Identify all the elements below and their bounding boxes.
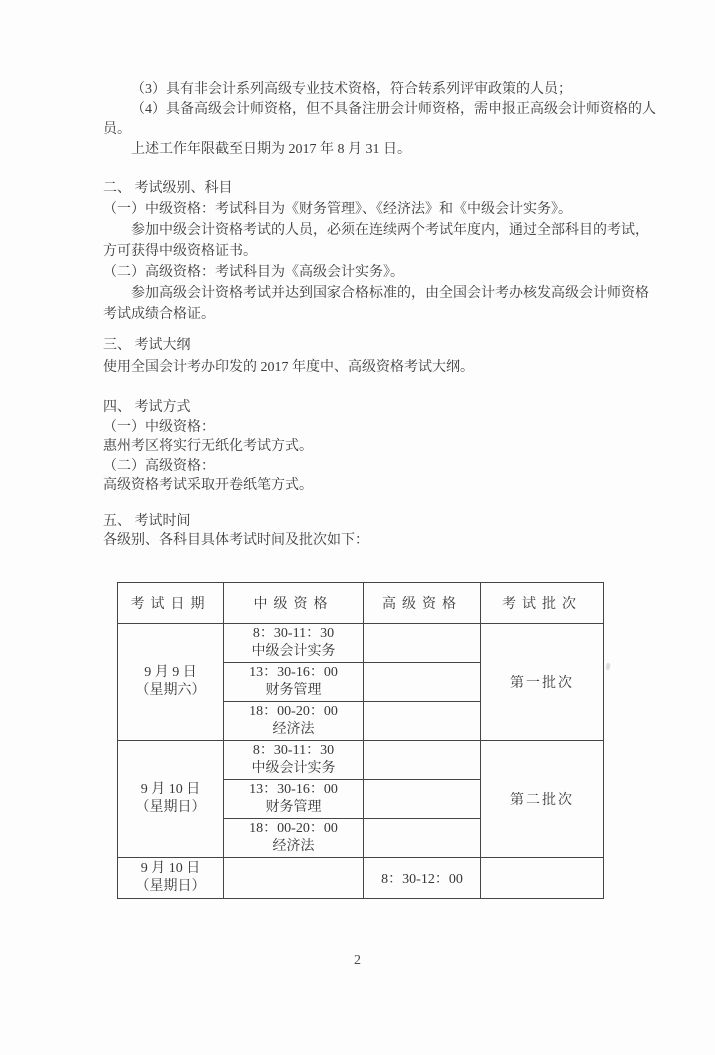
senior-cell: [364, 780, 481, 819]
document-page: （3）具有非会计系列高级专业技术资格，符合转系列评审政策的人员； （4）具备高级…: [0, 0, 715, 1055]
table-header-senior-level: 高级资格: [364, 583, 481, 624]
exam-schedule-table: 考试日期 中级资格 高级资格 考试批次 9 月 9 日 （星期六） 8：30-1…: [117, 582, 604, 899]
text-line: 方可获得中级资格证书。: [103, 241, 649, 262]
section-exam-method: 四、 考试方式 （一）中级资格： 惠州考区将实行无纸化考试方式。 （二）高级资格…: [103, 398, 313, 496]
session-time: 8：30-11：30: [224, 742, 363, 760]
date-cell: 9 月 9 日 （星期六）: [118, 624, 224, 741]
text-line: （一）中级资格：考试科目为《财务管理》、《经济法》和《中级会计实务》。: [103, 199, 649, 220]
date-cell: 9 月 10 日 （星期日）: [118, 741, 224, 858]
text-line: （3）具有非会计系列高级专业技术资格，符合转系列评审政策的人员；: [103, 80, 656, 100]
text-line: 员。: [103, 120, 656, 140]
session-time: 13：30-16：00: [224, 781, 363, 799]
text-line: 参加高级会计资格考试并达到国家合格标准的，由全国会计考办核发高级会计师资格: [103, 283, 649, 304]
text-line: 高级资格考试采取开卷纸笔方式。: [103, 476, 313, 496]
date-text: 9 月 10 日: [118, 860, 223, 878]
session-time: 18：00-20：00: [224, 703, 363, 721]
mid-session-cell: 8：30-11：30 中级会计实务: [224, 624, 364, 663]
session-subject: 财务管理: [224, 682, 363, 700]
mid-session-cell: 18：00-20：00 经济法: [224, 819, 364, 858]
batch-cell: 第二批次: [481, 741, 604, 858]
section-exam-outline: 三、 考试大纲 使用全国会计考办印发的 2017 年度中、高级资格考试大纲。: [103, 335, 474, 379]
text-line: 考试成绩合格证。: [103, 304, 649, 325]
text-line: 使用全国会计考办印发的 2017 年度中、高级资格考试大纲。: [103, 357, 474, 379]
text-line: 上述工作年限截至日期为 2017 年 8 月 31 日。: [103, 140, 656, 160]
weekday-text: （星期日）: [118, 878, 223, 896]
session-time: 18：00-20：00: [224, 820, 363, 838]
table-header-exam-date: 考试日期: [118, 583, 224, 624]
session-time: 13：30-16：00: [224, 664, 363, 682]
mid-session-cell: 13：30-16：00 财务管理: [224, 780, 364, 819]
session-subject: 经济法: [224, 838, 363, 856]
mid-session-cell: [224, 858, 364, 899]
session-subject: 中级会计实务: [224, 760, 363, 778]
session-subject: 经济法: [224, 721, 363, 739]
date-text: 9 月 10 日: [118, 781, 223, 799]
batch-cell: 第一批次: [481, 624, 604, 741]
senior-cell: [364, 624, 481, 663]
section-heading: 四、 考试方式: [103, 398, 313, 418]
weekday-text: （星期六）: [118, 682, 223, 700]
mid-session-cell: 18：00-20：00 经济法: [224, 702, 364, 741]
text-line: 参加中级会计资格考试的人员，必须在连续两个考试年度内，通过全部科目的考试，: [103, 220, 649, 241]
text-line: （4）具备高级会计师资格，但不具备注册会计师资格，需申报正高级会计师资格的人: [103, 100, 656, 120]
senior-cell: [364, 663, 481, 702]
intro-paragraphs: （3）具有非会计系列高级专业技术资格，符合转系列评审政策的人员； （4）具备高级…: [103, 80, 656, 160]
text-line: 各级别、各科目具体考试时间及批次如下：: [103, 531, 369, 550]
date-cell: 9 月 10 日 （星期日）: [118, 858, 224, 899]
text-line: （二）高级资格：考试科目为《高级会计实务》。: [103, 262, 649, 283]
session-time: 8：30-11：30: [224, 625, 363, 643]
section-exam-levels: 二、 考试级别、科目 （一）中级资格：考试科目为《财务管理》、《经济法》和《中级…: [103, 178, 649, 325]
date-text: 9 月 9 日: [118, 664, 223, 682]
text-line: （一）中级资格：: [103, 418, 313, 438]
section-heading: 五、 考试时间: [103, 512, 369, 531]
section-heading: 二、 考试级别、科目: [103, 178, 649, 199]
table-header-exam-batch: 考试批次: [481, 583, 604, 624]
scan-speck: [605, 663, 610, 671]
senior-cell: [364, 819, 481, 858]
mid-session-cell: 8：30-11：30 中级会计实务: [224, 741, 364, 780]
session-subject: 财务管理: [224, 799, 363, 817]
senior-cell: [364, 741, 481, 780]
page-number: 2: [0, 953, 715, 969]
text-line: （二）高级资格：: [103, 457, 313, 477]
senior-cell: [364, 702, 481, 741]
text-line: 惠州考区将实行无纸化考试方式。: [103, 437, 313, 457]
table-header-mid-level: 中级资格: [224, 583, 364, 624]
batch-cell: [481, 858, 604, 899]
weekday-text: （星期日）: [118, 799, 223, 817]
session-subject: 中级会计实务: [224, 643, 363, 661]
section-heading: 三、 考试大纲: [103, 335, 474, 357]
senior-cell: 8：30-12：00: [364, 858, 481, 899]
mid-session-cell: 13：30-16：00 财务管理: [224, 663, 364, 702]
section-exam-time: 五、 考试时间 各级别、各科目具体考试时间及批次如下：: [103, 512, 369, 550]
